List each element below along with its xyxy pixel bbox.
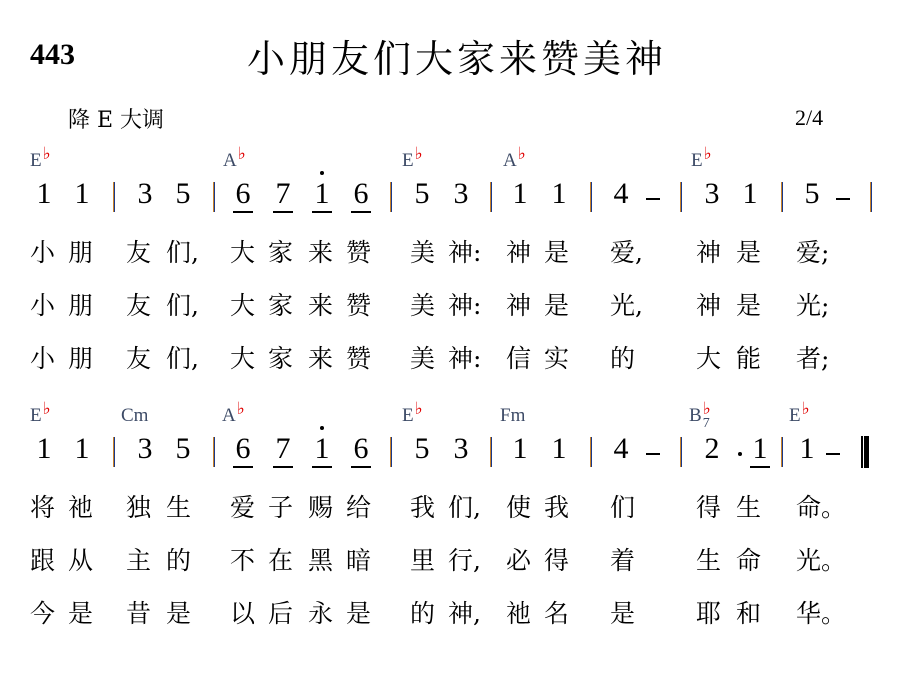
lyric-syllable: 神 xyxy=(696,233,721,269)
note: 1 xyxy=(311,432,333,466)
note: 1 xyxy=(509,177,531,211)
note: 7 xyxy=(272,177,294,211)
note: 6 xyxy=(232,432,254,466)
note: 1 xyxy=(796,432,818,466)
bar-line xyxy=(781,437,783,467)
bar-line xyxy=(490,182,492,212)
lyric-syllable: 家 xyxy=(268,233,293,269)
flat-icon: ♭ xyxy=(237,399,245,418)
bar-line xyxy=(590,182,592,212)
lyric-syllable: 的 xyxy=(166,541,191,577)
lyric-syllable: 光, xyxy=(610,286,643,322)
time-signature: 2/4 xyxy=(795,105,823,131)
lyric-syllable: 是 xyxy=(610,594,635,630)
note: 5 xyxy=(411,432,433,466)
note: 1 xyxy=(33,432,55,466)
chord-symbol: Cm xyxy=(121,405,148,427)
lyric-syllable: 跟 xyxy=(30,541,55,577)
lyric-syllable: 今 xyxy=(30,594,55,630)
lyric-syllable: 来 xyxy=(308,286,333,322)
hymn-number: 443 xyxy=(30,38,75,72)
lyric-syllable: 独 xyxy=(126,488,151,524)
lyric-syllable: 生 xyxy=(166,488,191,524)
lyric-syllable: 者; xyxy=(796,339,829,375)
chord-symbol: E♭ xyxy=(30,405,51,427)
flat-icon: ♭ xyxy=(415,399,423,418)
lyric-syllable: 着 xyxy=(610,541,635,577)
bar-line xyxy=(590,437,592,467)
chord-symbol: E♭ xyxy=(402,405,423,427)
lyric-syllable: 们, xyxy=(166,339,199,375)
lyric-syllable: 小 xyxy=(30,233,55,269)
lyric-syllable: 给 xyxy=(346,488,371,524)
lyric-syllable: 实 xyxy=(544,339,569,375)
lyric-syllable: 神, xyxy=(448,594,481,630)
note: 5 xyxy=(172,177,194,211)
note: 5 xyxy=(801,177,823,211)
lyric-syllable: 昔 xyxy=(126,594,151,630)
chord-symbol: E♭ xyxy=(402,150,423,172)
lyric-syllable: 子 xyxy=(268,488,293,524)
chord-root: A xyxy=(503,150,517,171)
chord-root: E xyxy=(789,405,801,426)
lyric-syllable: 神 xyxy=(506,233,531,269)
lyric-syllable: 爱, xyxy=(610,233,643,269)
bar-line xyxy=(113,182,115,212)
lyric-syllable: 以 xyxy=(230,594,255,630)
lyric-syllable: 神: xyxy=(448,339,481,375)
note: 4 xyxy=(610,432,632,466)
lyric-syllable: 爱; xyxy=(796,233,829,269)
lyric-syllable: 神: xyxy=(448,286,481,322)
sustain-dash xyxy=(646,198,660,200)
lyric-syllable: 我 xyxy=(410,488,435,524)
chord-symbol: Fm xyxy=(500,405,525,427)
note: 1 xyxy=(71,177,93,211)
lyric-syllable: 是 xyxy=(68,594,93,630)
lyric-syllable: 友 xyxy=(126,233,151,269)
lyric-syllable: 光。 xyxy=(796,541,846,577)
lyric-syllable: 来 xyxy=(308,339,333,375)
chord-symbol: A♭ xyxy=(222,405,245,427)
note: 1 xyxy=(548,432,570,466)
bar-line xyxy=(870,182,872,212)
chord-symbol: A♭ xyxy=(503,150,526,172)
lyric-syllable: 不 xyxy=(230,541,255,577)
chord-symbol: E♭ xyxy=(30,150,51,172)
lyric-syllable: 是 xyxy=(736,286,761,322)
flat-icon: ♭ xyxy=(43,144,51,163)
chord-root: Cm xyxy=(121,405,148,426)
lyric-syllable: 得 xyxy=(696,488,721,524)
high-octave-dot-icon xyxy=(320,171,324,175)
lyric-syllable: 们, xyxy=(448,488,481,524)
lyric-syllable: 友 xyxy=(126,339,151,375)
lyric-syllable: 后 xyxy=(268,594,293,630)
note: 3 xyxy=(450,177,472,211)
lyric-syllable: 华。 xyxy=(796,594,846,630)
bar-line xyxy=(680,437,682,467)
bar-line xyxy=(390,437,392,467)
chord-root: B xyxy=(689,405,702,426)
chord-root: E xyxy=(30,150,42,171)
final-bar-thick xyxy=(864,436,869,468)
chord-root: E xyxy=(402,405,414,426)
note: 3 xyxy=(134,432,156,466)
lyric-syllable: 们, xyxy=(166,286,199,322)
bar-line xyxy=(781,182,783,212)
lyric-syllable: 赞 xyxy=(346,339,371,375)
note: 1 xyxy=(33,177,55,211)
lyric-syllable: 美 xyxy=(410,339,435,375)
lyric-syllable: 和 xyxy=(736,594,761,630)
note: 2 xyxy=(701,432,723,466)
lyric-syllable: 美 xyxy=(410,286,435,322)
chord-symbol: B♭7 xyxy=(689,405,710,427)
lyric-syllable: 我 xyxy=(544,488,569,524)
lyric-syllable: 永 xyxy=(308,594,333,630)
bar-line xyxy=(213,182,215,212)
flat-icon: ♭ xyxy=(518,144,526,163)
lyric-syllable: 赐 xyxy=(308,488,333,524)
lyric-syllable: 大 xyxy=(696,339,721,375)
lyric-syllable: 的 xyxy=(410,594,435,630)
lyric-syllable: 能 xyxy=(736,339,761,375)
lyric-syllable: 在 xyxy=(268,541,293,577)
dotted-note-icon xyxy=(738,452,742,456)
sustain-dash xyxy=(836,198,850,200)
lyric-syllable: 朋 xyxy=(68,286,93,322)
lyric-syllable: 生 xyxy=(736,488,761,524)
lyric-syllable: 是 xyxy=(544,233,569,269)
lyric-syllable: 是 xyxy=(544,286,569,322)
lyric-syllable: 的 xyxy=(610,339,635,375)
note: 1 xyxy=(71,432,93,466)
lyric-syllable: 祂 xyxy=(506,594,531,630)
lyric-syllable: 使 xyxy=(506,488,531,524)
lyric-syllable: 是 xyxy=(736,233,761,269)
sustain-dash xyxy=(826,453,840,455)
lyric-syllable: 生 xyxy=(696,541,721,577)
note: 1 xyxy=(749,432,771,466)
lyric-syllable: 来 xyxy=(308,233,333,269)
lyric-syllable: 大 xyxy=(230,233,255,269)
lyric-syllable: 美 xyxy=(410,233,435,269)
chord-root: E xyxy=(402,150,414,171)
flat-icon: ♭ xyxy=(238,144,246,163)
chord-root: A xyxy=(223,150,237,171)
bar-line xyxy=(490,437,492,467)
chord-symbol: E♭ xyxy=(789,405,810,427)
lyric-syllable: 是 xyxy=(166,594,191,630)
lyric-syllable: 光; xyxy=(796,286,829,322)
note: 6 xyxy=(350,177,372,211)
chord-root: A xyxy=(222,405,236,426)
lyric-syllable: 朋 xyxy=(68,233,93,269)
lyric-syllable: 从 xyxy=(68,541,93,577)
lyric-syllable: 信 xyxy=(506,339,531,375)
sustain-dash xyxy=(646,453,660,455)
lyric-syllable: 暗 xyxy=(346,541,371,577)
chord-root: E xyxy=(30,405,42,426)
lyric-syllable: 里 xyxy=(410,541,435,577)
lyric-syllable: 赞 xyxy=(346,286,371,322)
lyric-syllable: 小 xyxy=(30,339,55,375)
note: 3 xyxy=(134,177,156,211)
lyric-syllable: 家 xyxy=(268,339,293,375)
lyric-syllable: 命 xyxy=(736,541,761,577)
note: 6 xyxy=(232,177,254,211)
bar-line xyxy=(390,182,392,212)
key-signature: 降 E 大调 xyxy=(68,103,164,134)
bar-line xyxy=(213,437,215,467)
lyric-syllable: 祂 xyxy=(68,488,93,524)
lyric-syllable: 是 xyxy=(346,594,371,630)
lyric-syllable: 得 xyxy=(544,541,569,577)
note: 1 xyxy=(509,432,531,466)
lyric-syllable: 们, xyxy=(166,233,199,269)
chord-root: E xyxy=(691,150,703,171)
lyric-syllable: 耶 xyxy=(696,594,721,630)
note: 1 xyxy=(739,177,761,211)
lyric-syllable: 神 xyxy=(506,286,531,322)
high-octave-dot-icon xyxy=(320,426,324,430)
lyric-syllable: 小 xyxy=(30,286,55,322)
hymn-title: 小朋友们大家来赞美神 xyxy=(247,28,667,83)
lyric-syllable: 赞 xyxy=(346,233,371,269)
lyric-syllable: 们 xyxy=(610,488,635,524)
flat-icon: ♭ xyxy=(802,399,810,418)
note: 1 xyxy=(311,177,333,211)
note: 7 xyxy=(272,432,294,466)
lyric-syllable: 名 xyxy=(544,594,569,630)
lyric-syllable: 黑 xyxy=(308,541,333,577)
flat-icon: ♭ xyxy=(415,144,423,163)
chord-symbol: A♭ xyxy=(223,150,246,172)
bar-line xyxy=(113,437,115,467)
note: 3 xyxy=(450,432,472,466)
note: 3 xyxy=(701,177,723,211)
lyric-syllable: 行, xyxy=(448,541,481,577)
bar-line xyxy=(680,182,682,212)
chord-symbol: E♭ xyxy=(691,150,712,172)
flat-icon: ♭ xyxy=(704,144,712,163)
note: 1 xyxy=(548,177,570,211)
note: 4 xyxy=(610,177,632,211)
note: 5 xyxy=(172,432,194,466)
lyric-syllable: 大 xyxy=(230,286,255,322)
lyric-syllable: 神 xyxy=(696,286,721,322)
note: 6 xyxy=(350,432,372,466)
lyric-syllable: 必 xyxy=(506,541,531,577)
lyric-syllable: 命。 xyxy=(796,488,846,524)
final-bar-thin xyxy=(861,436,863,468)
lyric-syllable: 神: xyxy=(448,233,481,269)
note: 5 xyxy=(411,177,433,211)
lyric-syllable: 友 xyxy=(126,286,151,322)
chord-extension: 7 xyxy=(703,416,710,431)
lyric-syllable: 大 xyxy=(230,339,255,375)
lyric-syllable: 主 xyxy=(126,541,151,577)
lyric-syllable: 爱 xyxy=(230,488,255,524)
chord-root: Fm xyxy=(500,405,525,426)
lyric-syllable: 家 xyxy=(268,286,293,322)
lyric-syllable: 将 xyxy=(30,488,55,524)
flat-icon: ♭ xyxy=(43,399,51,418)
lyric-syllable: 朋 xyxy=(68,339,93,375)
